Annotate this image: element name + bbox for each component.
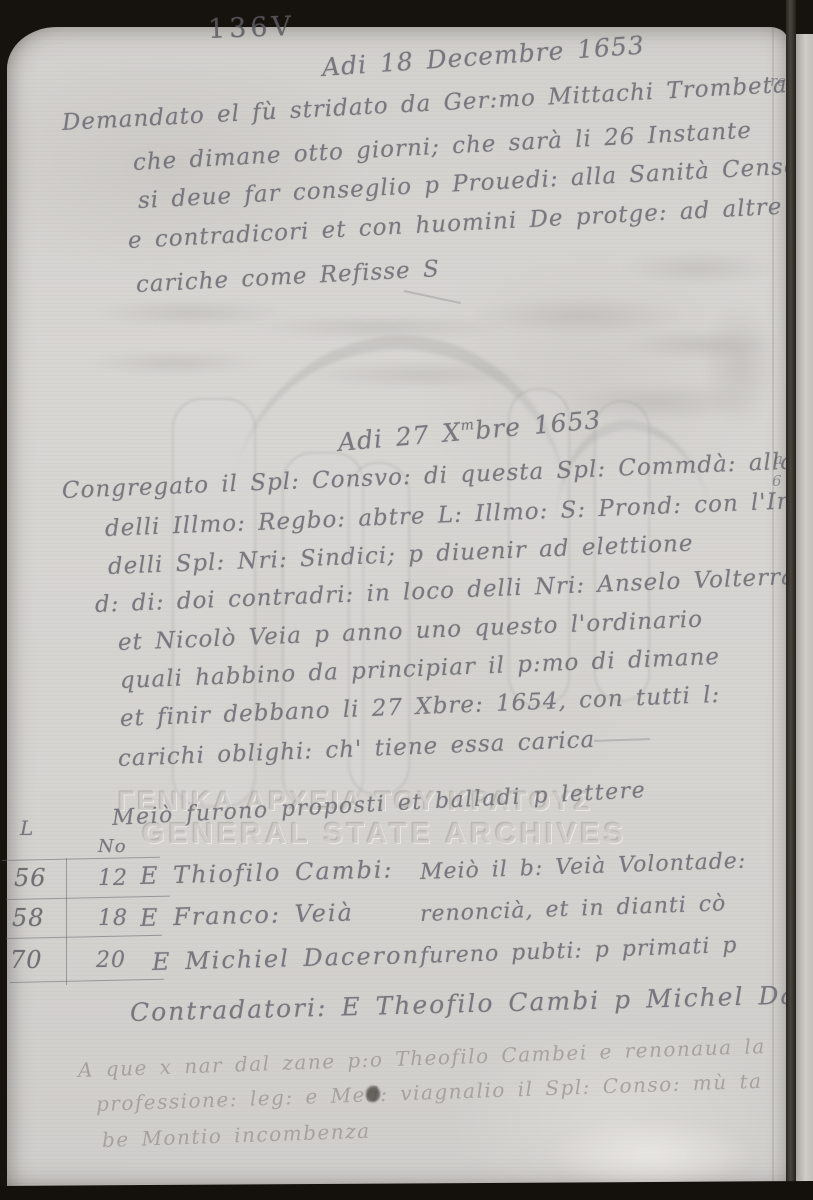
count-cell: 20 xyxy=(96,948,126,973)
ballot-col2-header: No xyxy=(98,836,127,857)
count-cell: 12 xyxy=(98,866,128,891)
votes-cell: 70 xyxy=(10,946,43,974)
ink-stain xyxy=(366,1086,380,1102)
votes-cell: 56 xyxy=(14,864,47,892)
page-gutter xyxy=(786,0,796,1200)
edge-mark: a xyxy=(774,450,783,468)
table-rule-vertical xyxy=(66,858,67,985)
edge-mark: 6 xyxy=(772,472,782,490)
paper-stain xyxy=(545,1118,755,1190)
adjacent-page-edge xyxy=(796,34,813,1184)
ballot-col1-header: L xyxy=(20,816,34,840)
votes-cell: 58 xyxy=(12,904,45,932)
entry2-date-superscript: m xyxy=(460,417,476,434)
count-cell: 18 xyxy=(98,906,128,931)
name-cell: E Franco: Veià xyxy=(140,898,355,932)
folio-number: 136V xyxy=(207,11,295,45)
scanned-manuscript: 136V Adi 18 Decembre 1653 Demandato el f… xyxy=(0,0,813,1200)
edge-mark: re xyxy=(770,72,786,90)
